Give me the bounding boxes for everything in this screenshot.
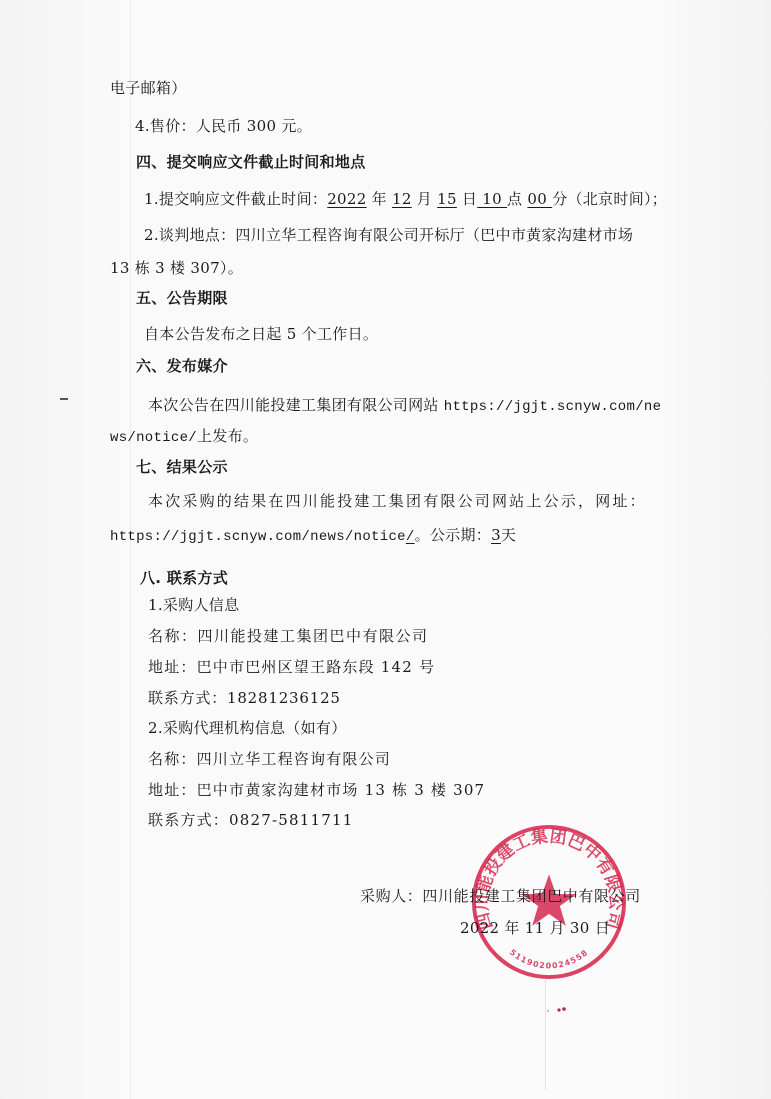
media-text-tail: 上发布。 xyxy=(197,427,258,445)
deadline-month: 12 xyxy=(392,190,412,208)
result-days: 3 xyxy=(491,526,501,544)
result-url-slash[interactable]: / xyxy=(406,529,415,545)
agent-heading: 2.采购代理机构信息（如有） xyxy=(148,718,347,738)
deadline-minute: 00 xyxy=(527,190,552,208)
agent-address: 地址：巴中市黄家沟建材市场 13 栋 3 楼 307 xyxy=(148,780,485,800)
purchaser-contact: 联系方式：18281236125 xyxy=(148,688,341,708)
section-4-heading: 四、提交响应文件截止时间和地点 xyxy=(136,152,366,172)
deadline-year: 2022 xyxy=(327,190,366,208)
signature-date: 2022 年 11 月 30 日 xyxy=(460,918,610,938)
signature-line: 采购人：四川能投建工集团巴中有限公司 xyxy=(360,886,641,906)
venue-line-2: 13 栋 3 楼 307）。 xyxy=(110,258,243,278)
agent-contact: 联系方式：0827-5811711 xyxy=(148,810,353,830)
result-days-unit: 天 xyxy=(501,526,516,544)
media-line-1: 本次公告在四川能投建工集团有限公司网站 https://jgjt.scnyw.c… xyxy=(148,395,661,417)
email-tail-text: 电子邮箱） xyxy=(110,78,187,98)
scan-mark xyxy=(60,398,68,400)
scan-fold-line xyxy=(130,0,131,1099)
scanned-page: 电子邮箱） 4.售价：人民币 300 元。 四、提交响应文件截止时间和地点 1.… xyxy=(0,0,771,1099)
deadline-label: 1.提交响应文件截止时间： xyxy=(144,190,327,208)
media-text: 本次公告在四川能投建工集团有限公司网站 xyxy=(148,396,444,414)
purchaser-name: 名称：四川能投建工集团巴中有限公司 xyxy=(148,626,429,646)
result-line-2: https://jgjt.scnyw.com/news/notice/。公示期：… xyxy=(110,525,516,547)
purchaser-address: 地址：巴中市巴州区望王路东段 142 号 xyxy=(148,657,435,677)
deadline-suffix: 分（北京时间）； xyxy=(552,190,667,208)
price-text: 4.售价：人民币 300 元。 xyxy=(135,116,312,136)
svg-text:5119020024558: 5119020024558 xyxy=(508,948,590,971)
period-text: 自本公告发布之日起 5 个工作日。 xyxy=(144,324,378,344)
venue-line-1: 2.谈判地点：四川立华工程咨询有限公司开标厅（巴中市黄家沟建材市场 xyxy=(144,225,633,245)
seal-code: 5119020024558 xyxy=(508,948,590,971)
result-line-1: 本次采购的结果在四川能投建工集团有限公司网站上公示，网址： xyxy=(148,491,647,511)
section-7-heading: 七、结果公示 xyxy=(136,457,228,477)
section-8-heading: 八. 联系方式 xyxy=(140,568,228,588)
media-url-part-2[interactable]: ws/notice/ xyxy=(110,430,197,446)
deadline-line: 1.提交响应文件截止时间：2022 年 12 月 15 日 10 点 00 分（… xyxy=(144,189,667,209)
scan-fold-line xyxy=(545,980,546,1090)
agent-name: 名称：四川立华工程咨询有限公司 xyxy=(148,749,391,769)
deadline-hour: 10 xyxy=(477,190,507,208)
media-line-2: ws/notice/上发布。 xyxy=(110,426,258,448)
year-unit: 年 xyxy=(367,190,392,208)
section-6-heading: 六、发布媒介 xyxy=(136,356,228,376)
ink-speck-marks xyxy=(545,1005,575,1017)
media-url-part-1[interactable]: https://jgjt.scnyw.com/ne xyxy=(444,399,662,415)
section-5-heading: 五、公告期限 xyxy=(136,288,228,308)
day-unit: 日 xyxy=(457,190,477,208)
result-text: 。公示期： xyxy=(415,526,492,544)
deadline-day: 15 xyxy=(437,190,457,208)
result-url[interactable]: https://jgjt.scnyw.com/news/notice xyxy=(110,529,406,545)
purchaser-heading: 1.采购人信息 xyxy=(148,595,239,615)
hour-unit: 点 xyxy=(507,190,527,208)
month-unit: 月 xyxy=(412,190,437,208)
